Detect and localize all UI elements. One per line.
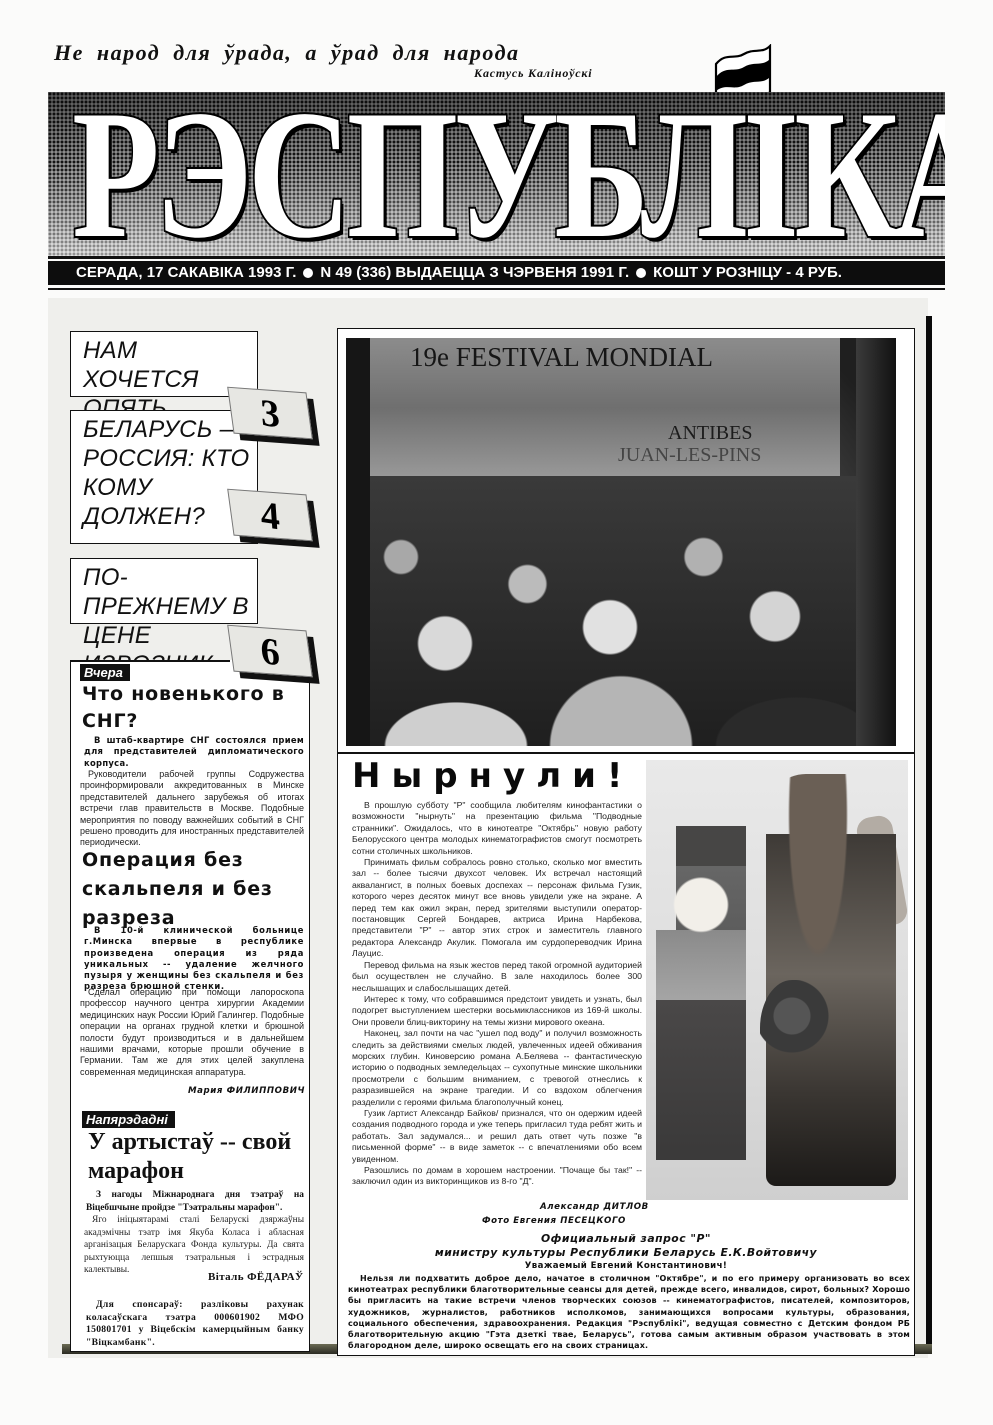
issue-price: КОШТ У РОЗНІЦУ - 4 РУБ. (653, 264, 842, 281)
byline-operation: Мария ФИЛИППОВИЧ (188, 1086, 305, 1096)
photo-edge (346, 338, 370, 746)
page-number: 3 (230, 387, 311, 441)
paragraph: Разошлись по домам в хорошем настроении.… (352, 1165, 642, 1188)
page-number-tab-3[interactable]: 3 (227, 387, 313, 440)
official-request-addressee: министру культуры Республики Беларусь Е.… (337, 1246, 915, 1260)
photo-edge (856, 338, 896, 746)
body-operation: Сделал операцию при помощи лапороскопа п… (80, 987, 304, 1078)
motto: Не народ для ўрада, а ўрад для народа (54, 40, 519, 66)
official-request-body: Нельзя ли подхватить доброе дело, начато… (348, 1273, 910, 1351)
banner-text: JUAN-LES-PINS (618, 444, 761, 467)
section-rule (337, 752, 915, 754)
body-sng: Руководители рабочей группы Содружества … (80, 769, 304, 849)
lead-sng: В штаб-квартире СНГ состоялся прием для … (84, 735, 304, 769)
children-crowd (346, 476, 896, 746)
paragraph: Интерес к тому, что собравшимся предстои… (352, 994, 642, 1028)
official-request-greeting: Уважаемый Евгений Константинович! (337, 1261, 915, 1271)
page-number: 6 (230, 625, 311, 679)
left-column-rule (70, 660, 230, 662)
section-tag-napyaredadni: Напярэдадні (82, 1111, 175, 1128)
body-marathon: Яго ініцыятарамі сталі Беларускі дзяржаў… (84, 1214, 304, 1277)
paragraph: Перевод фильма на язык жестов перед тако… (352, 960, 642, 994)
paragraph: Гузик /артист Александр Байков/ призналс… (352, 1108, 642, 1165)
banner-text: 19e FESTIVAL MONDIAL (410, 342, 713, 373)
page-number-tab-6[interactable]: 6 (227, 625, 313, 678)
issue-date: СЕРАДА, 17 САКАВІКА 1993 Г. (76, 264, 296, 281)
masthead: РЭСПУБЛІКА (48, 92, 945, 257)
official-request-title: Официальный запрос "Р" (337, 1232, 915, 1246)
byline-photo: Фото Евгения ПЕСЕЦКОГО (482, 1216, 626, 1226)
page-number-tab-4[interactable]: 4 (227, 489, 313, 542)
bullet-icon (303, 268, 313, 278)
diver-photo (646, 760, 908, 1200)
teaser-box-page-4[interactable]: БЕЛАРУСЬ — РОССИЯ: КТО КОМУ ДОЛЖЕН? (70, 410, 258, 544)
paragraph: Принимать фильм собралось ровно столько,… (352, 857, 642, 960)
article-body: В прошлую субботу "Р" сообщила любителям… (352, 800, 642, 1188)
lead-operation: В 10-й клинической больнице г.Минска впе… (84, 925, 304, 993)
paragraph: Наконец, зал почти на час "ушел под воду… (352, 1028, 642, 1108)
byline-marathon: Віталь ФЁДАРАЎ (208, 1271, 304, 1283)
dateline-rule (48, 288, 945, 290)
issue-number: N 49 (336) ВЫДАЕЦЦА З ЧЭРВЕНЯ 1991 Г. (320, 264, 629, 281)
headline-nyrnuli: Нырнули! (352, 756, 633, 796)
motto-author: Кастусь Каліноўскі (474, 66, 592, 81)
lead-marathon: З нагоды Міжнароднага дня тэатраў на Віц… (86, 1189, 304, 1214)
frame-border-right (926, 316, 932, 1352)
festival-photo: 19e FESTIVAL MONDIAL ANTIBES JUAN-LES-PI… (346, 338, 896, 746)
teaser-box-page-6[interactable]: ПО-ПРЕЖНЕМУ В ЦЕНЕ ИЗВОЗЧИК (70, 558, 258, 624)
dateline-rule (48, 256, 945, 259)
newspaper-title: РЭСПУБЛІКА (72, 92, 945, 257)
banner-text: ANTIBES (668, 422, 752, 445)
bullet-icon (636, 268, 646, 278)
headline-sng: Что новенького в СНГ? (82, 681, 302, 735)
byline-author: Александр ДИТЛОВ (540, 1202, 649, 1212)
dateline: СЕРАДА, 17 САКАВІКА 1993 Г.N 49 (336) ВЫ… (48, 261, 945, 285)
sponsor-note: Для спонсараў: разліковы рахунак коласаў… (86, 1299, 304, 1349)
headline-marathon: У артыстаў -- свой марафон (88, 1128, 308, 1186)
headline-operation: Операция без скальпеля и без разреза (82, 846, 302, 933)
child-figure (656, 870, 746, 1160)
paragraph: В прошлую субботу "Р" сообщила любителям… (352, 800, 642, 857)
page-number: 4 (230, 489, 311, 543)
section-tag-vchera: Вчера (80, 664, 130, 681)
flowers (760, 980, 840, 1100)
